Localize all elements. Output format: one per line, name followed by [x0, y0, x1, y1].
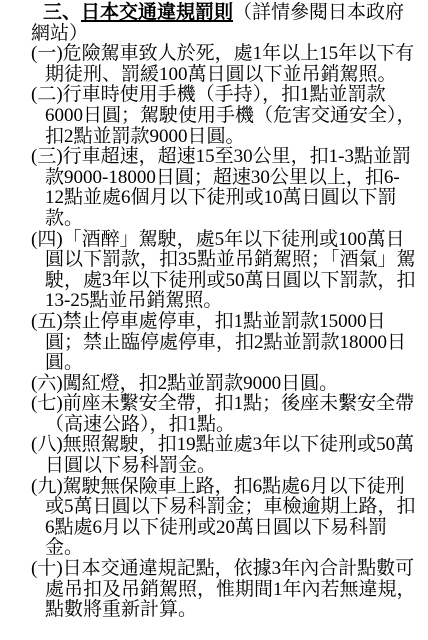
list-item-6: (六)闖紅燈，扣2點並罰款9000日圓。 — [31, 374, 416, 395]
list-item-5: (五)禁止停車處停車，扣1點並罰款15000日圓；禁止臨停處停車，扣2點並罰款1… — [31, 312, 416, 374]
item-marker: (十) — [31, 558, 63, 579]
item-marker: (七) — [31, 393, 63, 414]
item-text: 無照駕駛，扣19點並處3年以下徒刑或50萬日圓以下易科罰金。 — [45, 434, 414, 476]
item-marker: (五) — [31, 311, 63, 332]
title-section-number: 三、 — [43, 2, 81, 23]
item-marker: (九) — [31, 476, 63, 497]
list-item-9: (九)駕駛無保險車上路，扣6點處6月以下徒刑或5萬日圓以下易科罰金；車檢逾期上路… — [31, 477, 416, 559]
list-item-7: (七)前座未繫安全帶，扣1點；後座未繫安全帶（高速公路），扣1點。 — [31, 394, 416, 435]
list-item-4: (四)「酒醉」駕駛，處5年以下徒刑或100萬日圓以下罰款，扣35點並吊銷駕照；「… — [31, 230, 416, 312]
list-item-2: (二)行車時使用手機（手持），扣1點並罰款6000日圓；駕駛使用手機（危害交通安… — [31, 85, 416, 147]
document-title: 三、日本交通違規罰則（詳情參閱日本政府網站） — [31, 3, 416, 44]
item-text: 日本交通違規記點，依據3年內合計點數可處吊扣及吊銷駕照，惟期間1年內若無違規，點… — [45, 558, 416, 620]
item-text: 前座未繫安全帶，扣1點；後座未繫安全帶（高速公路），扣1點。 — [45, 393, 414, 435]
item-marker: (四) — [31, 229, 63, 250]
list-item-1: (一)危險駕車致人於死，處1年以上15年以下有期徒刑、罰緩100萬日圓以下並吊銷… — [31, 44, 416, 85]
document-page: 三、日本交通違規罰則（詳情參閱日本政府網站） (一)危險駕車致人於死，處1年以上… — [0, 0, 428, 640]
item-text: 駕駛無保險車上路，扣6點處6月以下徒刑或5萬日圓以下易科罰金；車檢逾期上路，扣6… — [45, 476, 416, 559]
item-marker: (三) — [31, 146, 63, 167]
item-text: 禁止停車處停車，扣1點並罰款15000日圓；禁止臨停處停車，扣2點並罰款1800… — [45, 311, 406, 373]
list-item-8: (八)無照駕駛，扣19點並處3年以下徒刑或50萬日圓以下易科罰金。 — [31, 435, 416, 476]
item-text: 行車時使用手機（手持），扣1點並罰款6000日圓；駕駛使用手機（危害交通安全），… — [45, 84, 416, 146]
item-text: 危險駕車致人於死，處1年以上15年以下有期徒刑、罰緩100萬日圓以下並吊銷駕照。 — [45, 43, 414, 85]
item-marker: (一) — [31, 43, 63, 64]
item-marker: (六) — [31, 373, 63, 394]
item-text: 闖紅燈，扣2點並罰款9000日圓。 — [63, 373, 339, 394]
item-text: 「酒醉」駕駛，處5年以下徒刑或100萬日圓以下罰款，扣35點並吊銷駕照；「酒氣」… — [45, 229, 416, 312]
item-marker: (八) — [31, 434, 63, 455]
list-item-3: (三)行車超速，超速15至30公里，扣1-3點並罰款9000-18000日圓；超… — [31, 147, 416, 229]
list-item-10: (十)日本交通違規記點，依據3年內合計點數可處吊扣及吊銷駕照，惟期間1年內若無違… — [31, 559, 416, 621]
item-text: 行車超速，超速15至30公里，扣1-3點並罰款9000-18000日圓；超速30… — [45, 146, 411, 229]
item-marker: (二) — [31, 84, 63, 105]
title-heading: 日本交通違規罰則 — [81, 2, 233, 23]
